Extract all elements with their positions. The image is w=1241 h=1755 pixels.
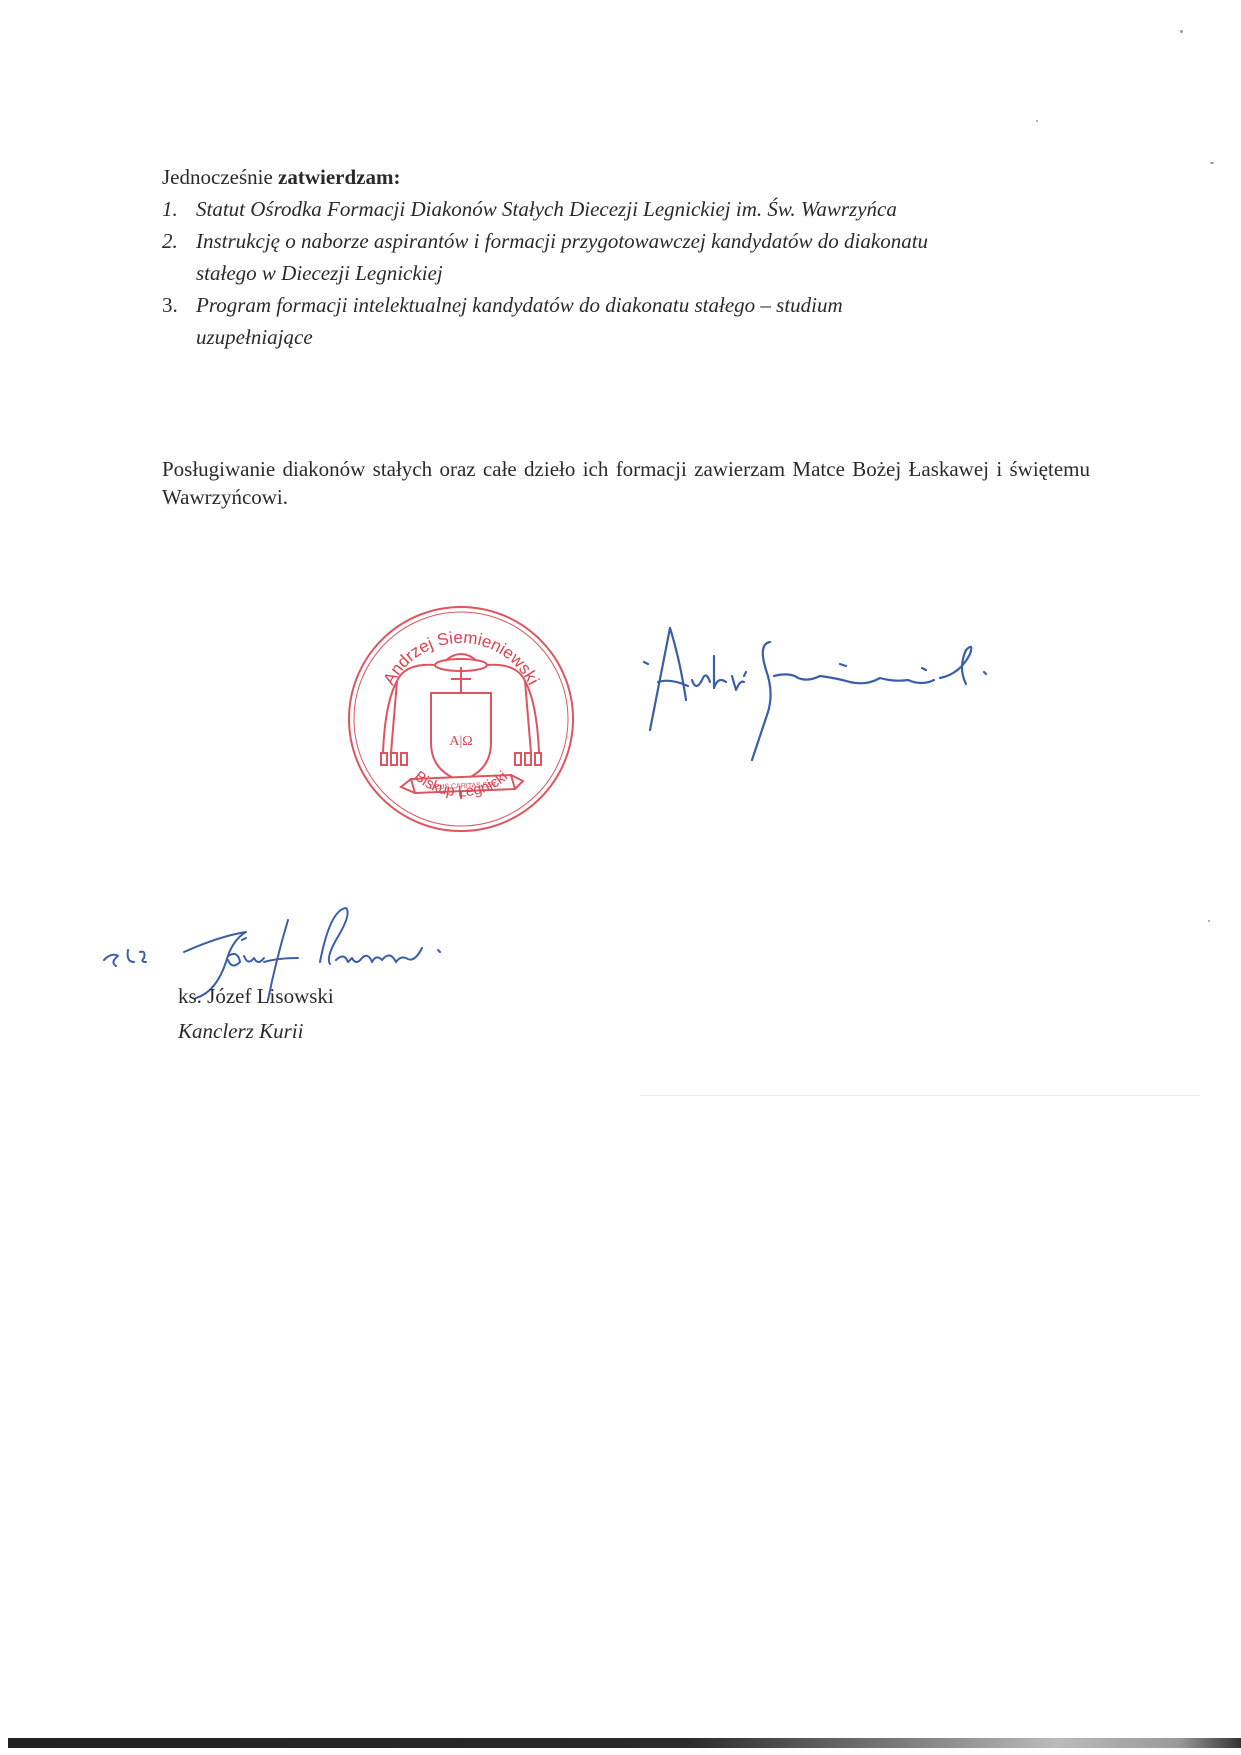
bishop-signature xyxy=(640,620,1060,770)
list-number: 3. xyxy=(162,292,196,318)
scan-speck xyxy=(1210,162,1214,164)
list-item-2: 2.Instrukcję o naborze aspirantów i form… xyxy=(162,228,928,254)
scan-speck xyxy=(1036,120,1038,122)
list-text: Program formacji intelektualnej kandydat… xyxy=(196,293,843,317)
scan-line xyxy=(640,1095,1200,1096)
list-item-1: 1.Statut Ośrodka Formacji Diakonów Stały… xyxy=(162,196,897,222)
scan-speck xyxy=(1208,920,1210,922)
intro-prefix: Jednocześnie xyxy=(162,165,278,189)
list-number: 2. xyxy=(162,228,196,254)
scan-speck xyxy=(1180,30,1183,33)
list-number: 1. xyxy=(162,196,196,222)
list-item-3-continuation: uzupełniające xyxy=(196,324,313,350)
intro-bold: zatwierdzam: xyxy=(278,165,400,189)
list-item-3: 3.Program formacji intelektualnej kandyd… xyxy=(162,292,843,318)
scan-edge xyxy=(8,1738,1241,1748)
document-page: Jednocześnie zatwierdzam: 1.Statut Ośrod… xyxy=(0,0,1241,1755)
bishop-seal-stamp: A|Ω DEUS CARITAS EST Andrzej Siemieniews… xyxy=(345,603,577,835)
list-text: Statut Ośrodka Formacji Diakonów Stałych… xyxy=(196,197,897,221)
closing-paragraph: Posługiwanie diakonów stałych oraz całe … xyxy=(162,455,1090,511)
shield-alpha-omega: A|Ω xyxy=(449,734,472,749)
intro-line: Jednocześnie zatwierdzam: xyxy=(162,164,401,190)
signatory-title: Kanclerz Kurii xyxy=(178,1018,303,1044)
list-item-2-continuation: stałego w Diecezji Legnickiej xyxy=(196,260,443,286)
list-text: Instrukcję o naborze aspirantów i formac… xyxy=(196,229,928,253)
signatory-name: ks. Józef Lisowski xyxy=(178,983,334,1009)
